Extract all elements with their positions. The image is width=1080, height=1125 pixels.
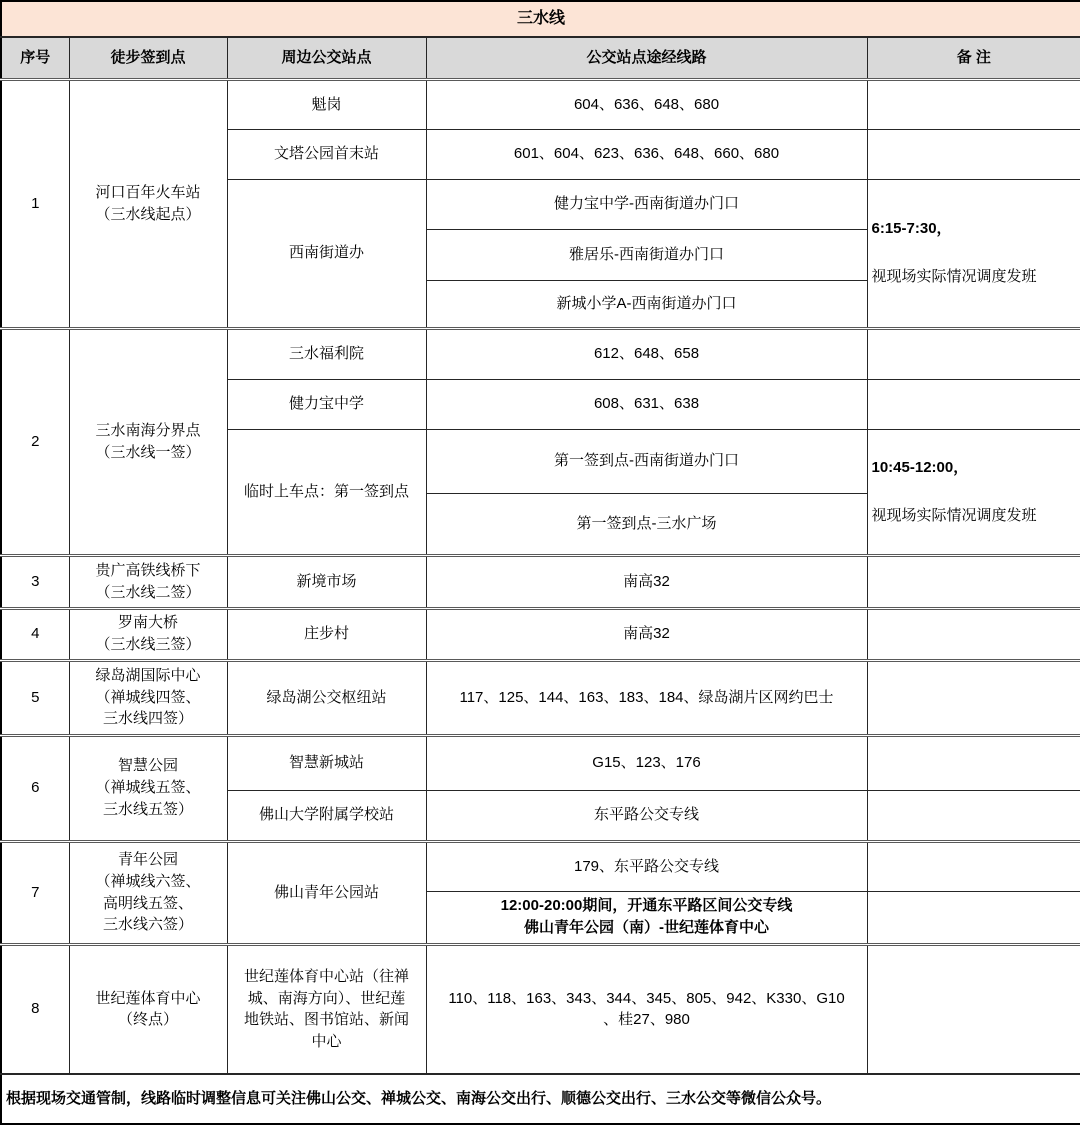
- remark-cell: [867, 328, 1080, 379]
- remark-cell: [867, 660, 1080, 735]
- routes-cell: 601、604、623、636、648、660、680: [426, 129, 867, 179]
- seq-cell: 2: [1, 328, 69, 555]
- seq-cell: 5: [1, 660, 69, 735]
- routes-cell: 新城小学A-西南街道办门口: [426, 280, 867, 328]
- checkpoint-cell: 青年公园 （禅城线六签、 高明线五签、 三水线六签）: [69, 841, 227, 944]
- routes-cell: 第一签到点-三水广场: [426, 493, 867, 555]
- remark-cell: [867, 555, 1080, 608]
- remark-note: 视现场实际情况调度发班: [872, 265, 1077, 289]
- routes-cell: 117、125、144、163、183、184、绿岛湖片区网约巴士: [426, 660, 867, 735]
- station-cell: 文塔公园首末站: [227, 129, 426, 179]
- remark-cell: [867, 790, 1080, 841]
- station-cell: 健力宝中学: [227, 379, 426, 429]
- remark-cell: [867, 79, 1080, 129]
- footer-note: 根据现场交通管制，线路临时调整信息可关注佛山公交、禅城公交、南海公交出行、顺德公…: [1, 1074, 1080, 1124]
- header-checkpoint: 徒步签到点: [69, 37, 227, 79]
- station-cell: 佛山青年公园站: [227, 841, 426, 944]
- checkpoint-cell: 绿岛湖国际中心 （禅城线四签、 三水线四签）: [69, 660, 227, 735]
- station-cell: 绿岛湖公交枢纽站: [227, 660, 426, 735]
- remark-time: 6:15-7:30，: [872, 217, 1077, 241]
- checkpoint-cell: 罗南大桥 （三水线三签）: [69, 608, 227, 660]
- routes-cell: 608、631、638: [426, 379, 867, 429]
- remark-cell: [867, 608, 1080, 660]
- routes-cell: 雅居乐-西南街道办门口: [426, 229, 867, 280]
- checkpoint-cell: 世纪莲体育中心 （终点）: [69, 944, 227, 1074]
- routes-cell: 604、636、648、680: [426, 79, 867, 129]
- remark-cell: [867, 944, 1080, 1074]
- remark-note: 视现场实际情况调度发班: [872, 504, 1077, 528]
- table-title: 三水线: [1, 1, 1080, 37]
- station-cell: 新境市场: [227, 555, 426, 608]
- routes-cell: G15、123、176: [426, 735, 867, 790]
- seq-cell: 3: [1, 555, 69, 608]
- checkpoint-cell: 贵广高铁线桥下 （三水线二签）: [69, 555, 227, 608]
- routes-cell: 东平路公交专线: [426, 790, 867, 841]
- routes-cell: 南高32: [426, 608, 867, 660]
- routes-cell: 110、118、163、343、344、345、805、942、K330、G10…: [426, 944, 867, 1074]
- remark-cell: [867, 841, 1080, 891]
- seq-cell: 8: [1, 944, 69, 1074]
- station-cell: 三水福利院: [227, 328, 426, 379]
- header-routes: 公交站点途经线路: [426, 37, 867, 79]
- header-remark: 备 注: [867, 37, 1080, 79]
- header-seq: 序号: [1, 37, 69, 79]
- remark-cell: [867, 379, 1080, 429]
- checkpoint-cell: 河口百年火车站 （三水线起点）: [69, 79, 227, 328]
- seq-cell: 7: [1, 841, 69, 944]
- remark-cell: 10:45-12:00， 视现场实际情况调度发班: [867, 429, 1080, 555]
- remark-cell: [867, 129, 1080, 179]
- station-cell: 庄步村: [227, 608, 426, 660]
- seq-cell: 4: [1, 608, 69, 660]
- station-cell: 魁岗: [227, 79, 426, 129]
- routes-cell: 南高32: [426, 555, 867, 608]
- station-cell: 世纪莲体育中心站（往禅 城、南海方向）、世纪莲 地铁站、图书馆站、新闻 中心: [227, 944, 426, 1074]
- station-cell: 智慧新城站: [227, 735, 426, 790]
- seq-cell: 1: [1, 79, 69, 328]
- routes-cell: 612、648、658: [426, 328, 867, 379]
- routes-cell: 健力宝中学-西南街道办门口: [426, 179, 867, 229]
- checkpoint-cell: 智慧公园 （禅城线五签、 三水线五签）: [69, 735, 227, 841]
- station-cell: 临时上车点：第一签到点: [227, 429, 426, 555]
- station-cell: 佛山大学附属学校站: [227, 790, 426, 841]
- checkpoint-cell: 三水南海分界点 （三水线一签）: [69, 328, 227, 555]
- seq-cell: 6: [1, 735, 69, 841]
- routes-cell-special: 12:00-20:00期间，开通东平路区间公交专线 佛山青年公园（南）-世纪莲体…: [426, 891, 867, 944]
- header-station: 周边公交站点: [227, 37, 426, 79]
- remark-time: 10:45-12:00，: [872, 456, 1077, 480]
- routes-cell: 第一签到点-西南街道办门口: [426, 429, 867, 493]
- remark-cell: [867, 735, 1080, 790]
- station-cell: 西南街道办: [227, 179, 426, 328]
- routes-cell: 179、东平路公交专线: [426, 841, 867, 891]
- bus-route-table: 三水线 序号 徒步签到点 周边公交站点 公交站点途经线路 备 注 1 河口百年火…: [0, 0, 1080, 1125]
- remark-cell: 6:15-7:30， 视现场实际情况调度发班: [867, 179, 1080, 328]
- remark-cell: [867, 891, 1080, 944]
